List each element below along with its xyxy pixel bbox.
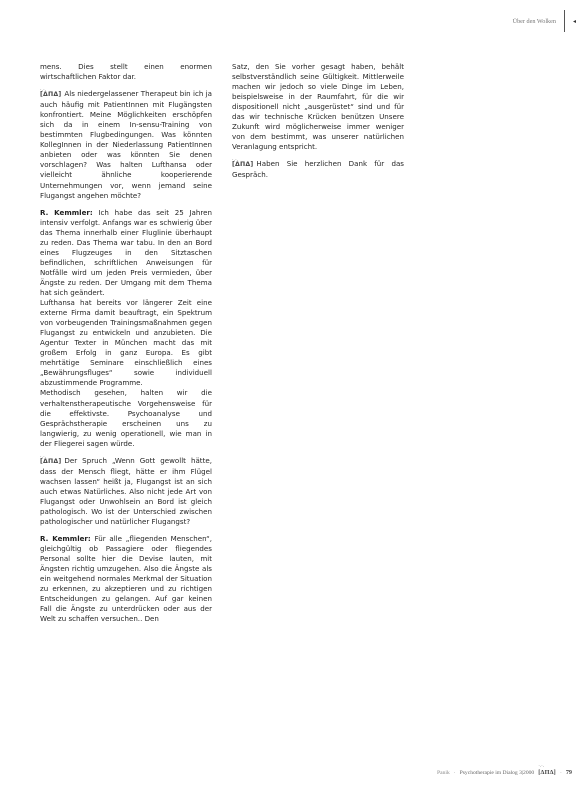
right-column: Satz, den Sie vorher gesagt haben, behäl…: [232, 62, 404, 188]
footer-separator: ·: [560, 770, 562, 776]
running-title: Über den Wolken: [513, 18, 556, 25]
page-footer: Panik · Psychotherapie im Dialog 3|2000 …: [437, 769, 572, 776]
left-column: mens. Dies stellt einen enormen wirtscha…: [40, 62, 212, 631]
speaker-label: R. Kemmler:: [40, 534, 91, 543]
journal-logo-icon: ·.·.[ΔΠΔ]: [232, 160, 253, 170]
footer-publication: Psychotherapie im Dialog 3|2000: [460, 770, 535, 776]
interviewee-answer: R. Kemmler: Ich habe das seit 25 Jahren …: [40, 208, 212, 298]
running-head: Über den Wolken ◂: [513, 10, 576, 32]
paragraph: mens. Dies stellt einen enormen wirtscha…: [40, 62, 212, 82]
footer-separator: ·: [454, 770, 456, 776]
journal-logo-icon: ·.·.[ΔΠΔ]: [40, 457, 61, 467]
interviewee-answer: R. Kemmler: Für alle „fliegenden Mensche…: [40, 534, 212, 624]
paragraph: Satz, den Sie vorher gesagt haben, behäl…: [232, 62, 404, 152]
page-number: 79: [566, 769, 572, 776]
paragraph: Lufthansa hat bereits vor längerer Zeit …: [40, 298, 212, 388]
journal-logo-icon: ·.·.[ΔΠΔ]: [538, 769, 556, 776]
speaker-label: R. Kemmler:: [40, 208, 93, 217]
journal-logo-icon: ·.·.[ΔΠΔ]: [40, 90, 61, 100]
paragraph: Methodisch gesehen, halten wir die verha…: [40, 388, 212, 448]
interviewer-question: ·.·.[ΔΠΔ]Der Spruch „Wenn Gott gewollt h…: [40, 456, 212, 527]
interviewer-question: ·.·.[ΔΠΔ]Als niedergelassener Therapeut …: [40, 89, 212, 201]
footer-section: Panik: [437, 770, 450, 776]
interviewer-closing: ·.·.[ΔΠΔ]Haben Sie herzlichen Dank für d…: [232, 159, 404, 180]
header-divider: [564, 10, 565, 32]
arrow-left-icon: ◂: [573, 18, 576, 25]
